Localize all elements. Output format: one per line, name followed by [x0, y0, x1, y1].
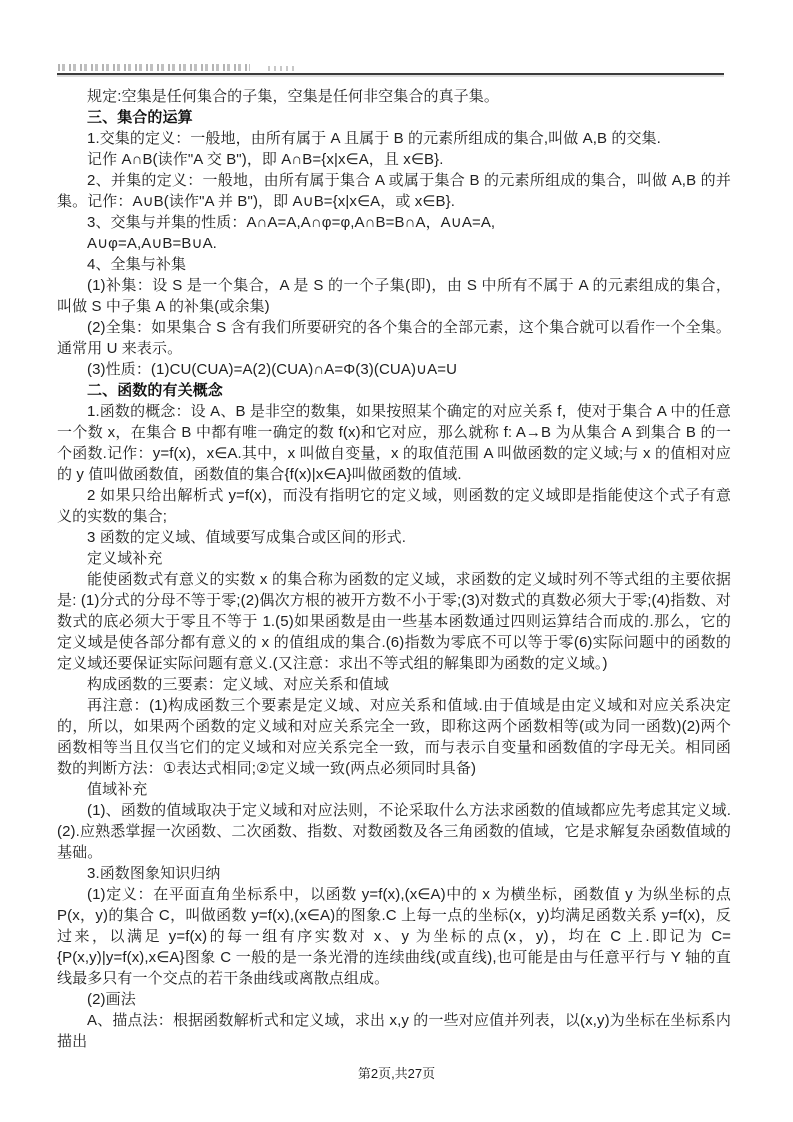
paragraph-graph-knowledge-heading: 3.函数图象知识归纳 [57, 863, 731, 884]
paragraph-drawing-methods-heading: (2)画法 [57, 989, 731, 1010]
section-heading-set-operations: 三、集合的运算 [57, 107, 731, 128]
paragraph-domain-range-form: 3 函数的定义域、值域要写成集合或区间的形式. [57, 527, 731, 548]
paragraph-domain-rules: 能使函数式有意义的实数 x 的集合称为函数的定义域，求函数的定义域时列不等式组的… [57, 569, 731, 674]
paragraph-range-supplement-heading: 值域补充 [57, 779, 731, 800]
header-smudge-text [58, 64, 250, 71]
paragraph-complement-definition: (1)补集：设 S 是一个集合，A 是 S 的一个子集(即)，由 S 中所有不属… [57, 275, 731, 317]
header-smudge-text-2 [268, 66, 294, 71]
paragraph-graph-definition: (1)定义：在平面直角坐标系中，以函数 y=f(x),(x∈A)中的 x 为横坐… [57, 884, 731, 989]
paragraph-intersection-definition: 1.交集的定义：一般地，由所有属于 A 且属于 B 的元素所组成的集合,叫做 A… [57, 128, 731, 149]
paragraph-complement-properties: (3)性质：(1)CU(CUA)=A(2)(CUA)∩A=Φ(3)(CUA)∪A… [57, 359, 731, 380]
paragraph-properties-line1: 3、交集与并集的性质：A∩A=A,A∩φ=φ,A∩B=B∩A，A∪A=A, [57, 212, 731, 233]
section-heading-function-concepts: 二、函数的有关概念 [57, 380, 731, 401]
paragraph-point-plotting-method: A、描点法：根据函数解析式和定义域，求出 x,y 的一些对应值并列表，以(x,y… [57, 1010, 731, 1052]
header-rule [57, 73, 724, 75]
paragraph-properties-line2: A∪φ=A,A∪B=B∪A. [57, 233, 731, 254]
document-body: 规定:空集是任何集合的子集，空集是任何非空集合的真子集。 三、集合的运算 1.交… [57, 86, 731, 1052]
paragraph-intersection-notation: 记作 A∩B(读作"A 交 B")，即 A∩B={x|x∈A，且 x∈B}. [57, 149, 731, 170]
paragraph-rule-empty-set: 规定:空集是任何集合的子集，空集是任何非空集合的真子集。 [57, 86, 731, 107]
paragraph-universal-set-definition: (2)全集：如果集合 S 含有我们所要研究的各个集合的全部元素，这个集合就可以看… [57, 317, 731, 359]
paragraph-union-definition: 2、并集的定义：一般地，由所有属于集合 A 或属于集合 B 的元素所组成的集合，… [57, 170, 731, 212]
paragraph-domain-implied: 2 如果只给出解析式 y=f(x)，而没有指明它的定义域，则函数的定义域即是指能… [57, 485, 731, 527]
page-number-indicator: 第2页,共27页 [358, 1066, 435, 1081]
document-page: 规定:空集是任何集合的子集，空集是任何非空集合的真子集。 三、集合的运算 1.交… [0, 0, 793, 1122]
paragraph-domain-supplement-heading: 定义域补充 [57, 548, 731, 569]
paragraph-universal-complement-heading: 4、全集与补集 [57, 254, 731, 275]
paragraph-three-elements: 构成函数的三要素：定义域、对应关系和值域 [57, 674, 731, 695]
page-footer: 第2页,共27页 [0, 1063, 793, 1082]
paragraph-function-equality: 再注意：(1)构成函数三个要素是定义域、对应关系和值域.由于值域是由定义域和对应… [57, 695, 731, 779]
paragraph-function-definition: 1.函数的概念：设 A、B 是非空的数集，如果按照某个确定的对应关系 f，使对于… [57, 401, 731, 485]
paragraph-range-rules: (1)、函数的值域取决于定义域和对应法则，不论采取什么方法求函数的值域都应先考虑… [57, 800, 731, 863]
